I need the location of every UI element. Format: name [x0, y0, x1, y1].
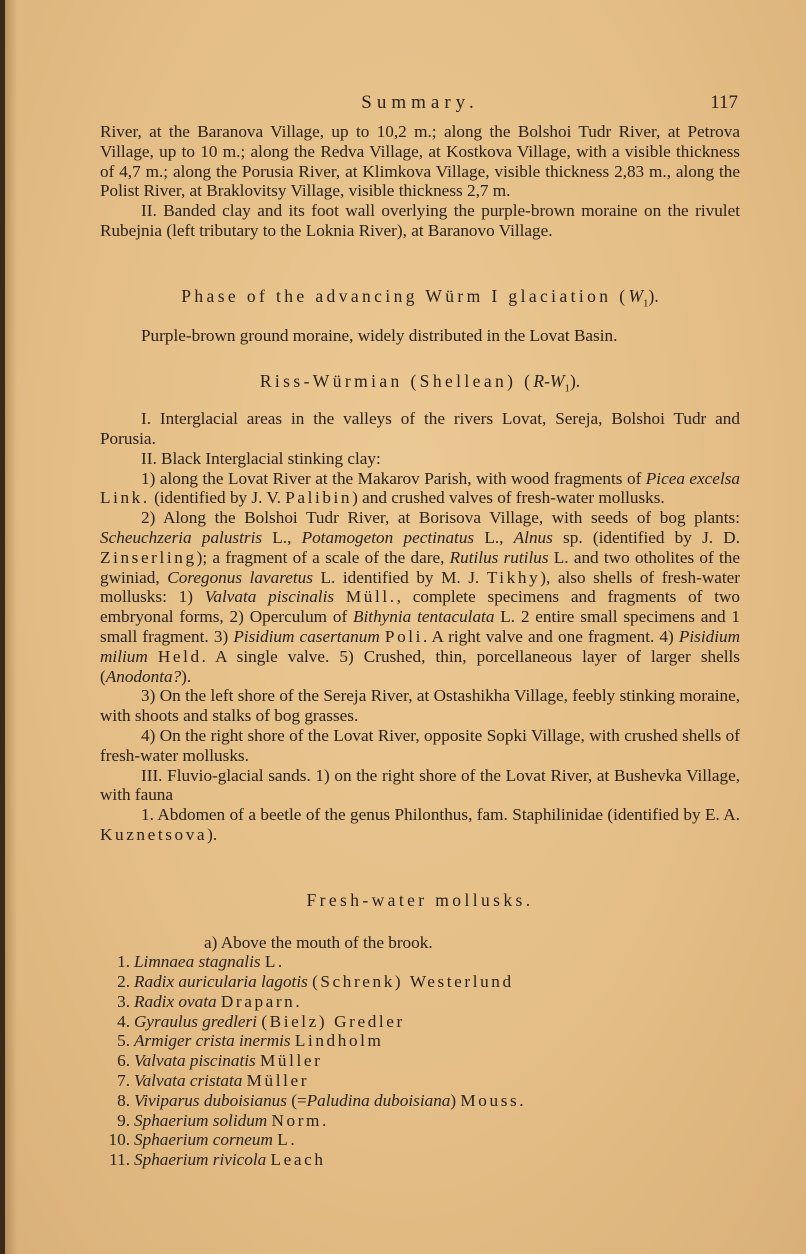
author-name: (Schrenk) Westerlund	[312, 972, 514, 991]
item-number: 11.	[100, 1150, 130, 1170]
list-item: 5.Armiger crista inermis Lindholm	[100, 1031, 740, 1051]
item-number: 2.	[100, 972, 130, 992]
author-name: Poli	[385, 627, 423, 646]
species-name: Coregonus lavaretus	[167, 568, 313, 587]
synonym-name: Paludina duboisiana	[307, 1091, 451, 1110]
subitem-sereja-ostashikha: 3) On the left shore of the Sereja River…	[100, 686, 740, 726]
species-name: Armiger crista inermis	[134, 1031, 291, 1050]
paragraph-purple-brown-moraine: Purple-brown ground moraine, widely dist…	[100, 326, 740, 346]
author-name: Müller	[247, 1071, 309, 1090]
item-number: 8.	[100, 1091, 130, 1111]
species-name: Radix auricularia lagotis	[134, 972, 308, 991]
item-number: 7.	[100, 1071, 130, 1091]
heading-wurm-end: ).	[649, 286, 659, 306]
item-number: 3.	[100, 992, 130, 1012]
identifier-name: Palibin	[285, 488, 352, 507]
author-name: L.	[277, 1130, 297, 1149]
list-item: 11.Sphaerium rivicola Leach	[100, 1150, 740, 1170]
species-name: Pisidium casertanum	[233, 627, 379, 646]
identifier-name: Zinserling	[100, 548, 197, 567]
author-name: Müll.	[346, 587, 397, 606]
paragraph-banded-clay: II. Banded clay and its foot wall overly…	[100, 201, 740, 241]
text: 2) Along the Bolshoi Tudr River, at Bori…	[141, 508, 740, 527]
page-body: River, at the Baranova Village, up to 10…	[100, 122, 740, 1170]
species-name: Valvata piscinatis	[134, 1051, 256, 1070]
heading-riss-text: Riss-Würmian (Shellean) (	[260, 371, 534, 391]
species-name: Limnaea stagnalis	[134, 952, 261, 971]
heading-fresh-water-mollusks: Fresh-water mollusks.	[100, 891, 740, 911]
author-name: Held	[158, 647, 202, 666]
text: . A right valve and one fragment. 4)	[423, 627, 679, 646]
list-item: 4.Gyraulus gredleri (Bielz) Gredler	[100, 1012, 740, 1032]
species-name: Sphaerium corneum	[134, 1130, 273, 1149]
author-name: Müller	[260, 1051, 322, 1070]
text: L.,	[262, 528, 302, 547]
list-item: 2.Radix auricularia lagotis (Schrenk) We…	[100, 972, 740, 992]
list-item: 6.Valvata piscinatis Müller	[100, 1051, 740, 1071]
text: sp. (identified by J. D.	[553, 528, 740, 547]
species-name: Radix ovata	[134, 992, 217, 1011]
heading-wurm-phase: Phase of the advancing Würm I glaciation…	[100, 287, 740, 314]
heading-riss-wurmian: Riss-Würmian (Shellean) (R-W1).	[100, 372, 740, 399]
list-item: 8.Viviparus duboisianus (=Paludina duboi…	[100, 1091, 740, 1111]
list-item: 7.Valvata cristata Müller	[100, 1071, 740, 1091]
species-name: Rutilus rutilus	[450, 548, 549, 567]
text	[334, 587, 346, 606]
list-item: 1.Limnaea stagnalis L.	[100, 952, 740, 972]
subitem-lovat-sopki: 4) On the right shore of the Lovat River…	[100, 726, 740, 766]
author-name: Lindholm	[295, 1031, 384, 1050]
species-name: Potamogeton pectinatus	[302, 528, 475, 547]
species-name: Picea excelsa	[646, 469, 740, 488]
page-number: 117	[710, 92, 738, 114]
paragraph-continued-thicknesses: River, at the Baranova Village, up to 10…	[100, 122, 740, 201]
species-name: Viviparus duboisianus	[134, 1091, 287, 1110]
text: L.,	[474, 528, 514, 547]
author-name: Norm.	[272, 1111, 329, 1130]
text: ).	[181, 667, 191, 686]
species-name: Gyraulus gredleri	[134, 1012, 257, 1031]
author-name: L.	[265, 952, 285, 971]
synonym-open: (=	[291, 1091, 306, 1110]
identifier-name: Tikhy	[487, 568, 540, 587]
text: ).	[207, 825, 217, 844]
text: L. identified by M. J.	[313, 568, 487, 587]
item-fluvio-glacial-sands: III. Fluvio-glacial sands. 1) on the rig…	[100, 766, 740, 806]
species-name: Scheuchzeria palustris	[100, 528, 262, 547]
text: ) and crushed valves of fresh-water moll…	[352, 488, 665, 507]
synonym-close: )	[450, 1091, 456, 1110]
subitem-lovat-makarov: 1) along the Lovat River at the Makarov …	[100, 469, 740, 509]
author-name: Draparn.	[221, 992, 302, 1011]
species-name: Alnus	[514, 528, 553, 547]
species-name: Valvata cristata	[134, 1071, 242, 1090]
item-interglacial-areas: I. Interglacial areas in the valleys of …	[100, 409, 740, 449]
item-black-stinking-clay: II. Black Interglacial stinking clay:	[100, 449, 740, 469]
mollusk-species-list: 1.Limnaea stagnalis L. 2.Radix auricular…	[100, 952, 740, 1170]
item-number: 4.	[100, 1012, 130, 1032]
text: ); a fragment of a scale of the dare,	[197, 548, 450, 567]
text: (identified by J. V.	[150, 488, 285, 507]
text: 1. Abdomen of a beetle of the genus Phil…	[141, 805, 740, 824]
list-item: 10.Sphaerium corneum L.	[100, 1130, 740, 1150]
identifier-name: Kuznetsova	[100, 825, 207, 844]
heading-riss-symbol: R-W	[533, 371, 564, 391]
species-name: Anodonta?	[106, 667, 181, 686]
running-head: Summary. 117	[100, 92, 740, 116]
author-name: (Bielz) Gredler	[261, 1012, 405, 1031]
item-number: 1.	[100, 952, 130, 972]
text: 1) along the Lovat River at the Makarov …	[141, 469, 646, 488]
species-name: Valvata piscinalis	[205, 587, 334, 606]
author-name: Mouss.	[460, 1091, 526, 1110]
running-title: Summary.	[100, 92, 740, 114]
species-name: Sphaerium rivicola	[134, 1150, 266, 1169]
fauna-item-beetle: 1. Abdomen of a beetle of the genus Phil…	[100, 805, 740, 845]
subheading-above-mouth: a) Above the mouth of the brook.	[100, 933, 740, 953]
heading-wurm-symbol: W	[628, 286, 643, 306]
heading-riss-end: ).	[570, 371, 580, 391]
item-number: 6.	[100, 1051, 130, 1071]
species-name: Bithynia tentaculata	[353, 607, 494, 626]
item-number: 9.	[100, 1111, 130, 1131]
heading-wurm-text: Phase of the advancing Würm I glaciation…	[181, 286, 628, 306]
page-gutter-shadow	[5, 0, 17, 1254]
subitem-bolshoi-tudr-borisova: 2) Along the Bolshoi Tudr River, at Bori…	[100, 508, 740, 686]
author-name: Link.	[100, 488, 150, 507]
item-number: 10.	[100, 1130, 130, 1150]
list-item: 3.Radix ovata Draparn.	[100, 992, 740, 1012]
item-number: 5.	[100, 1031, 130, 1051]
species-name: Sphaerium solidum	[134, 1111, 267, 1130]
text	[148, 647, 158, 666]
author-name: Leach	[271, 1150, 326, 1169]
list-item: 9.Sphaerium solidum Norm.	[100, 1111, 740, 1131]
